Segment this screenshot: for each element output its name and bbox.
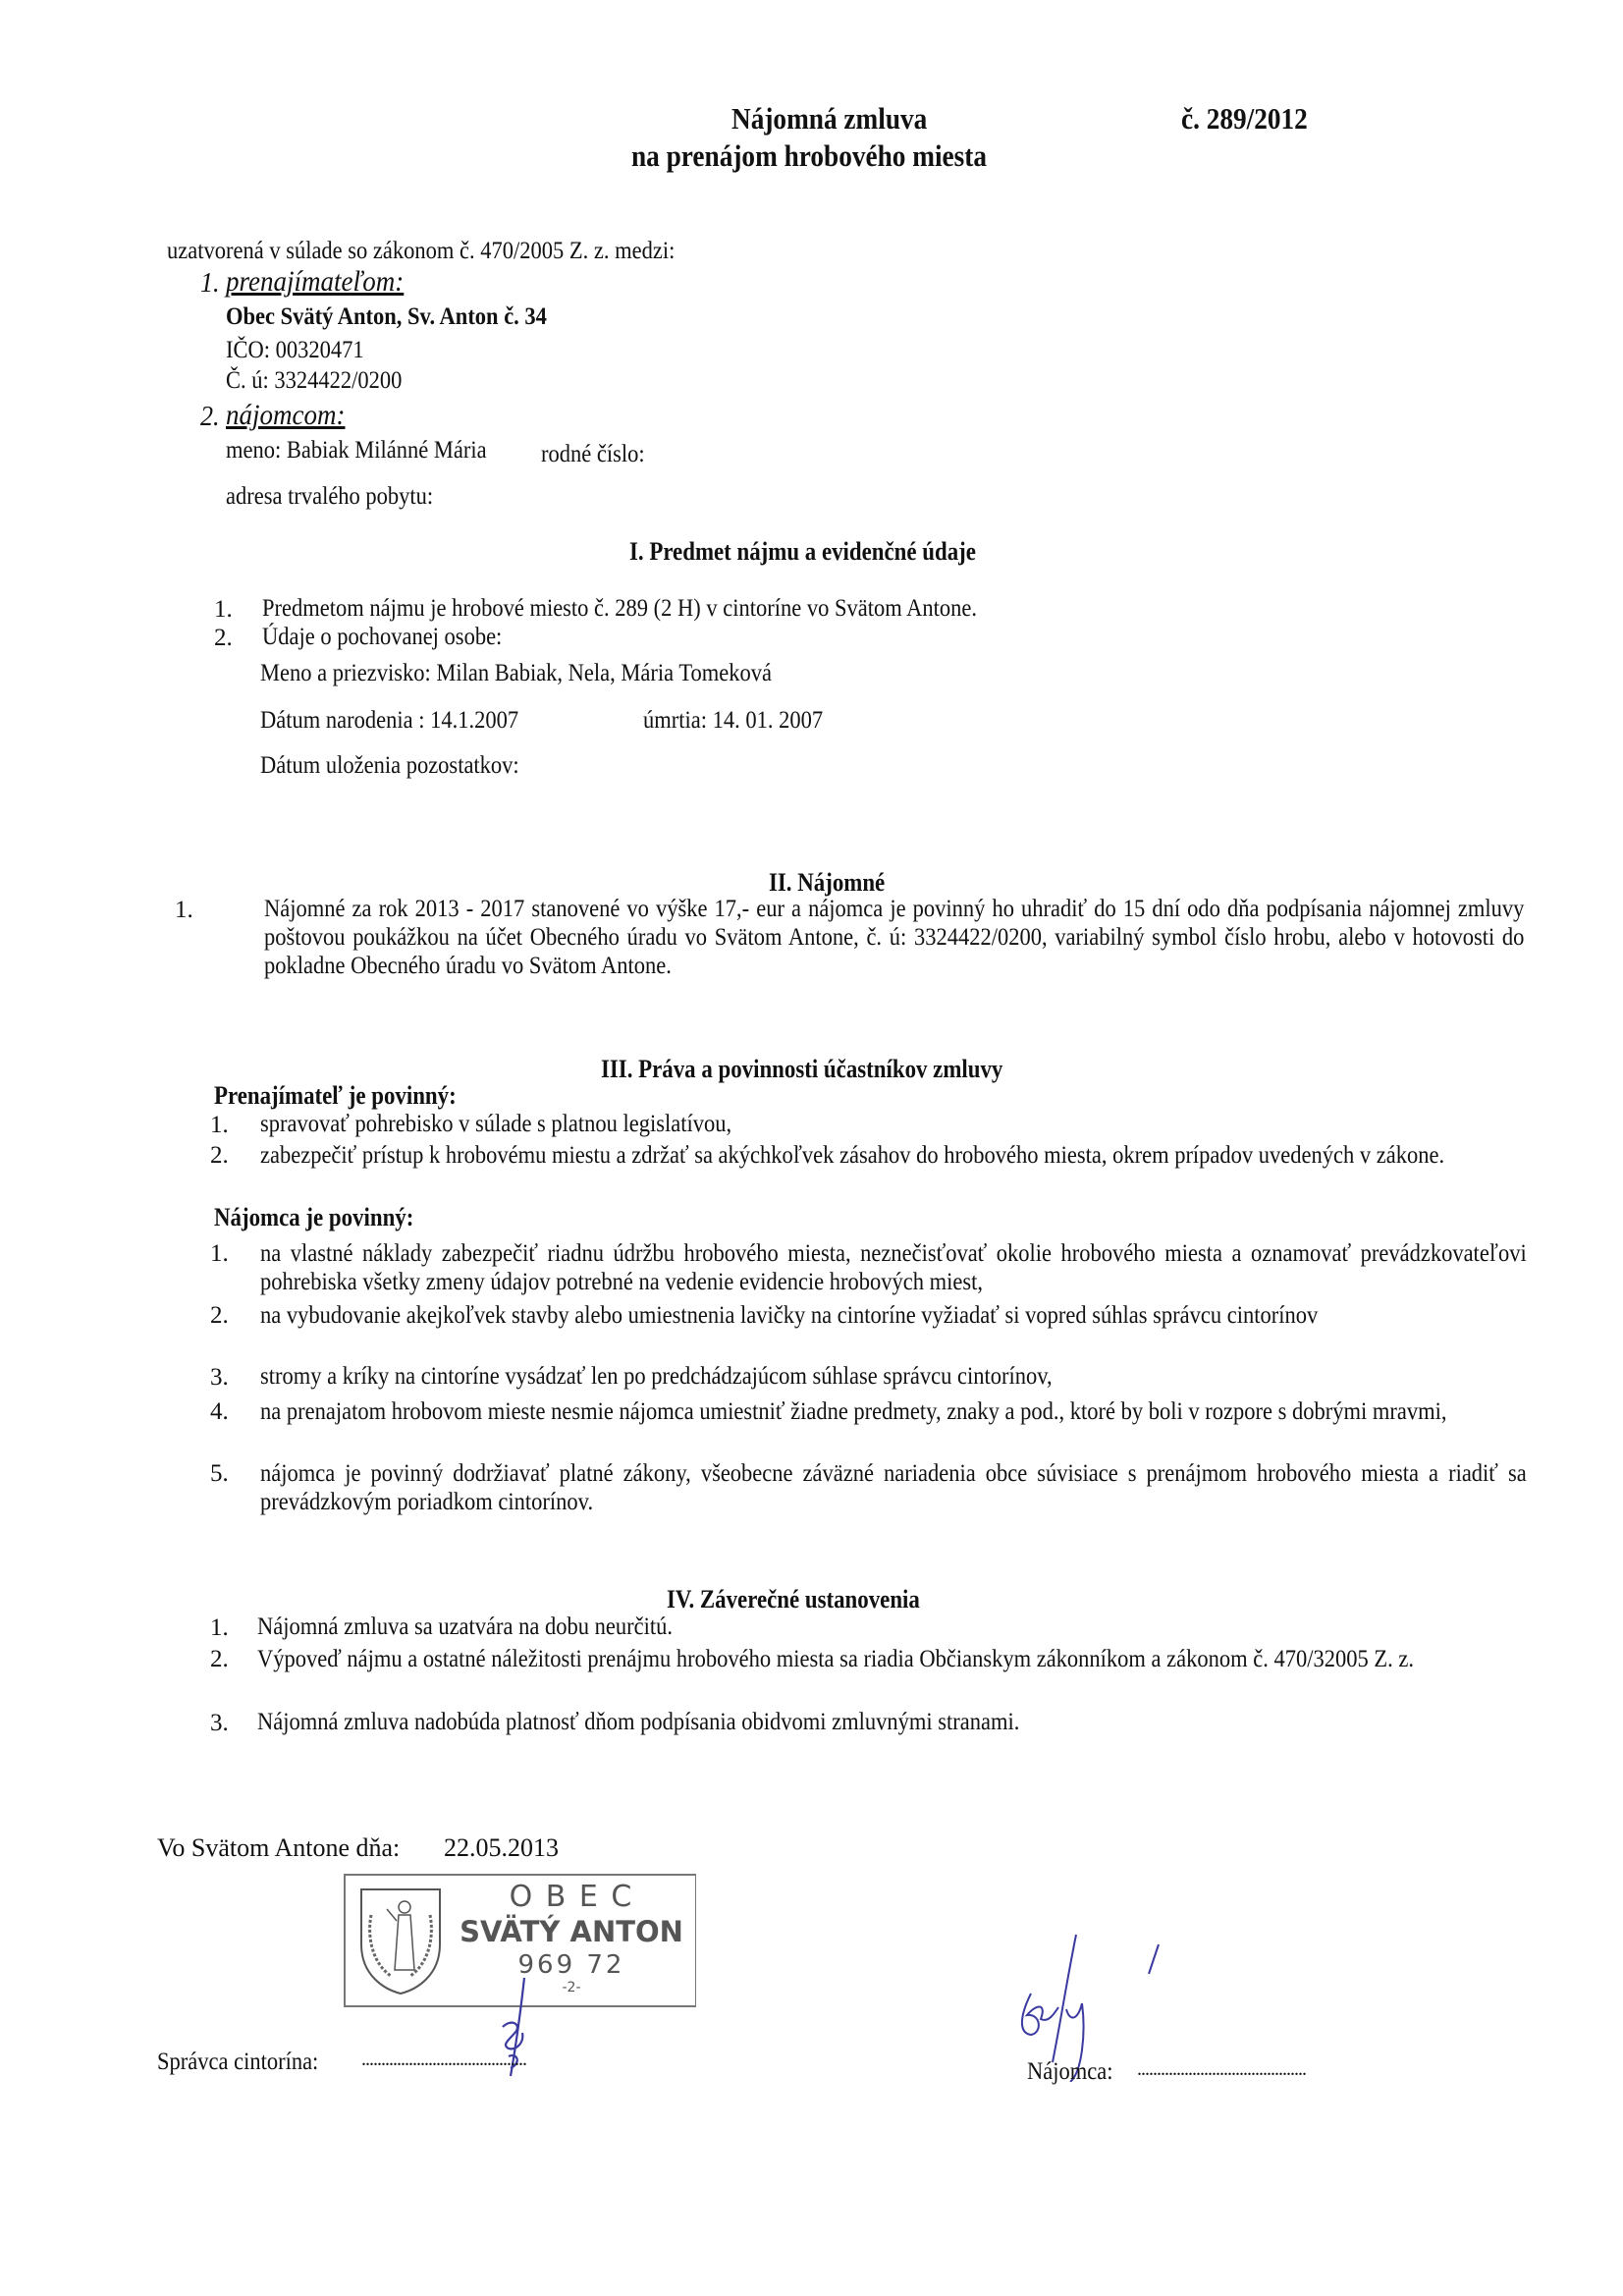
lessee-duty-3: stromy a kríky na cintoríne vysádzať len… — [260, 1363, 1053, 1391]
lessee-duties-heading: Nájomca je povinný: — [214, 1203, 413, 1232]
lessee-number: 2. — [200, 401, 220, 433]
final-1-num: 1. — [210, 1614, 229, 1642]
lessee-duty-5: nájomca je povinný dodržiavať platné zák… — [260, 1459, 1527, 1516]
section-1-item-2: Údaje o pochovanej osobe: — [262, 624, 502, 651]
stamp-line-2: SVÄTÝ ANTON — [454, 1915, 689, 1948]
lessor-name: Obec Svätý Anton, Sv. Anton č. 34 — [226, 303, 547, 331]
lessee-label: nájomcom: — [226, 399, 345, 432]
lessee-duty-1: na vlastné náklady zabezpečiť riadnu údr… — [260, 1239, 1527, 1296]
section-1-item-2-num: 2. — [214, 625, 233, 652]
section-3-heading: III. Práva a povinnosti účastníkov zmluv… — [601, 1055, 1002, 1084]
lessee-duty-3-num: 3. — [210, 1364, 229, 1392]
lessor-duty-2-num: 2. — [210, 1142, 229, 1170]
burial-date-label: Dátum uloženia pozostatkov: — [260, 752, 519, 780]
section-4-heading: IV. Záverečné ustanovenia — [667, 1585, 920, 1614]
section-1-item-1-num: 1. — [214, 596, 233, 624]
lessee-duty-1-num: 1. — [210, 1240, 229, 1268]
lessor-duty-1-num: 1. — [210, 1112, 229, 1139]
lessor-duty-2: zabezpečiť prístup k hrobovému miestu a … — [260, 1141, 1527, 1170]
contract-number: č. 289/2012 — [1181, 101, 1308, 137]
lessee-duty-5-num: 5. — [210, 1460, 229, 1488]
section-1-item-1: Predmetom nájmu je hrobové miesto č. 289… — [262, 595, 977, 623]
final-3: Nájomná zmluva nadobúda platnosť dňom po… — [257, 1709, 1019, 1736]
address-label: adresa trvalého pobytu: — [226, 483, 433, 511]
lessee-duty-2-num: 2. — [210, 1302, 229, 1330]
lessor-number: 1. — [200, 267, 220, 300]
final-2-num: 2. — [210, 1646, 229, 1673]
section-2-item-1: Nájomné za rok 2013 - 2017 stanovené vo … — [264, 895, 1524, 980]
lessee-signature-label: Nájomca: — [1027, 2058, 1112, 2086]
stamp-line-1: O B E C — [454, 1880, 689, 1914]
section-2-item-1-num: 1. — [175, 897, 193, 924]
lessor-account: Č. ú: 3324422/0200 — [226, 367, 402, 395]
lessee-name: meno: Babiak Milánné Mária — [226, 437, 487, 465]
final-2: Výpoveď nájmu a ostatné náležitosti pren… — [257, 1645, 1527, 1673]
section-2-heading: II. Nájomné — [769, 868, 885, 898]
title-line-2: na prenájom hrobového miesta — [631, 138, 987, 174]
death-date: úmrtia: 14. 01. 2007 — [643, 707, 823, 735]
lessor-label: prenajímateľom: — [226, 265, 404, 299]
final-3-num: 3. — [210, 1710, 229, 1737]
administrator-signature-line: ........................................… — [361, 2049, 526, 2071]
lessee-duty-2: na vybudovanie akejkoľvek stavby alebo u… — [260, 1301, 1527, 1330]
lessor-ico: IČO: 00320471 — [226, 337, 364, 364]
birth-date: Dátum narodenia : 14.1.2007 — [260, 707, 518, 735]
birth-number-label: rodné číslo: — [541, 441, 645, 468]
place-date-label: Vo Svätom Antone dňa: — [157, 1833, 400, 1863]
coat-of-arms-icon — [357, 1886, 444, 1995]
buried-names: Meno a priezvisko: Milan Babiak, Nela, M… — [260, 660, 772, 687]
lessor-duty-1: spravovať pohrebisko v súlade s platnou … — [260, 1111, 731, 1138]
lessor-duties-heading: Prenajímateľ je povinný: — [214, 1081, 457, 1111]
section-1-heading: I. Predmet nájmu a evidenčné údaje — [629, 537, 976, 567]
intro-text: uzatvorená v súlade so zákonom č. 470/20… — [167, 238, 675, 265]
lessee-signature-line: ........................................… — [1137, 2058, 1306, 2081]
lessee-duty-4-num: 4. — [210, 1398, 229, 1426]
signing-date: 22.05.2013 — [444, 1833, 559, 1863]
administrator-label: Správca cintorína: — [157, 2049, 318, 2076]
lessee-duty-4: na prenajatom hrobovom mieste nesmie náj… — [260, 1397, 1527, 1426]
title-line-1: Nájomná zmluva — [731, 101, 927, 137]
final-1: Nájomná zmluva sa uzatvára na dobu neurč… — [257, 1613, 673, 1641]
